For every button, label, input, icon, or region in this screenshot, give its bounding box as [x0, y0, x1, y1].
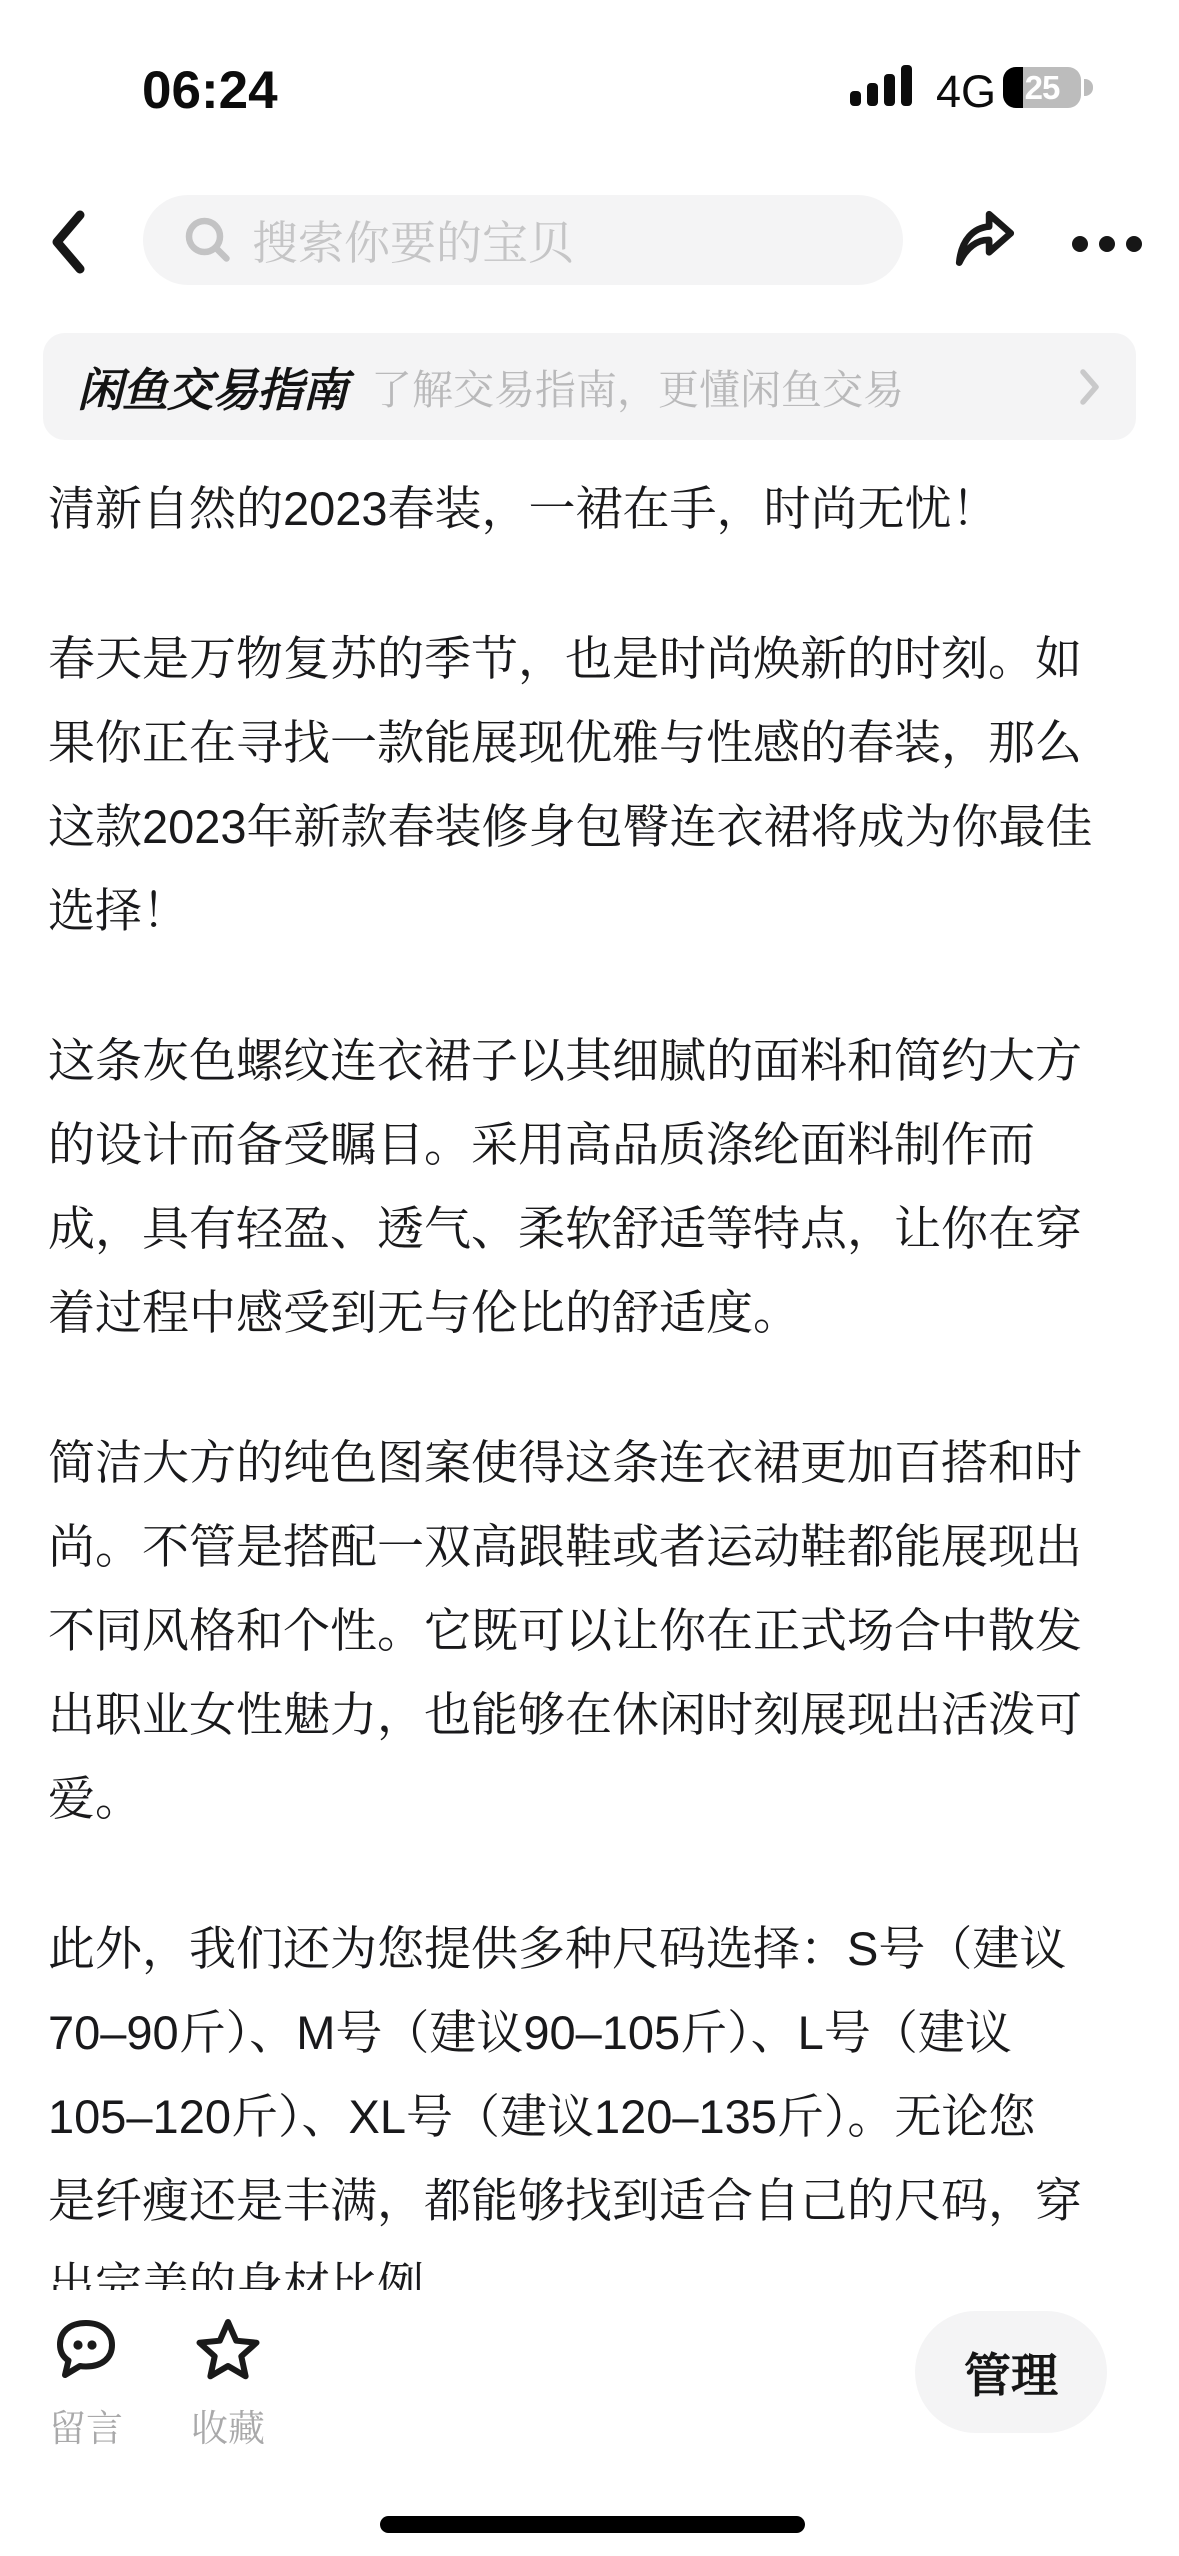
more-button[interactable] [1070, 234, 1144, 254]
favorite-label: 收藏 [191, 2398, 265, 2452]
description-paragraph: 此外，我们还为您提供多种尺码选择：S号（建议 70–90斤）、M号（建议90–1… [48, 1907, 1132, 2327]
banner-subtitle: 了解交易指南，更懂闲鱼交易 [371, 357, 1078, 416]
home-indicator[interactable] [380, 2516, 805, 2533]
description-paragraph: 简洁大方的纯色图案使得这条连衣裙更加百搭和时 尚。不管是搭配一双高跟鞋或者运动鞋… [48, 1421, 1132, 1841]
banner-title: 闲鱼交易指南 [77, 354, 347, 420]
description-paragraph: 春天是万物复苏的季节，也是时尚焕新的时刻。如 果你正在寻找一款能展现优雅与性感的… [48, 617, 1132, 953]
comment-label: 留言 [49, 2398, 123, 2452]
trade-guide-banner[interactable]: 闲鱼交易指南 了解交易指南，更懂闲鱼交易 [43, 333, 1136, 440]
three-dots-icon [1072, 236, 1142, 252]
star-icon [194, 2316, 262, 2384]
network-type-label: 4G [936, 66, 996, 118]
battery-nub [1084, 79, 1093, 96]
cellular-signal-icon [850, 63, 912, 106]
speech-bubble-icon [52, 2316, 120, 2384]
status-bar-time: 06:24 [142, 60, 278, 121]
search-input[interactable]: 搜索你要的宝贝 [143, 195, 903, 285]
comment-button[interactable]: 留言 [16, 2316, 156, 2452]
share-button[interactable] [950, 209, 1020, 275]
forward-arrow-icon [959, 214, 1010, 262]
xianyu-item-description-screen: 06:24 4G 25 搜索你要的宝贝 闲鱼交易指南 了解交易指南，更懂闲鱼交 [0, 0, 1179, 2556]
search-icon [185, 217, 232, 264]
description-paragraph: 清新自然的2023春装，一裙在手，时尚无忧！ [48, 467, 1132, 551]
description-paragraph: 这条灰色螺纹连衣裙子以其细腻的面料和简约大方 的设计而备受瞩目。采用高品质涤纶面… [48, 1019, 1132, 1355]
chevron-left-icon [57, 215, 80, 269]
battery-indicator: 25 [1003, 67, 1081, 108]
back-button[interactable] [48, 210, 88, 274]
favorite-button[interactable]: 收藏 [158, 2316, 298, 2452]
bottom-action-bar: 留言 收藏 管理 [0, 2290, 1179, 2556]
item-description: 清新自然的2023春装，一裙在手，时尚无忧！ 春天是万物复苏的季节，也是时尚焕新… [48, 467, 1132, 2393]
manage-button[interactable]: 管理 [915, 2311, 1107, 2433]
search-placeholder: 搜索你要的宝贝 [252, 207, 574, 273]
chevron-right-icon [1078, 367, 1102, 407]
battery-percent-label: 25 [1003, 67, 1081, 108]
